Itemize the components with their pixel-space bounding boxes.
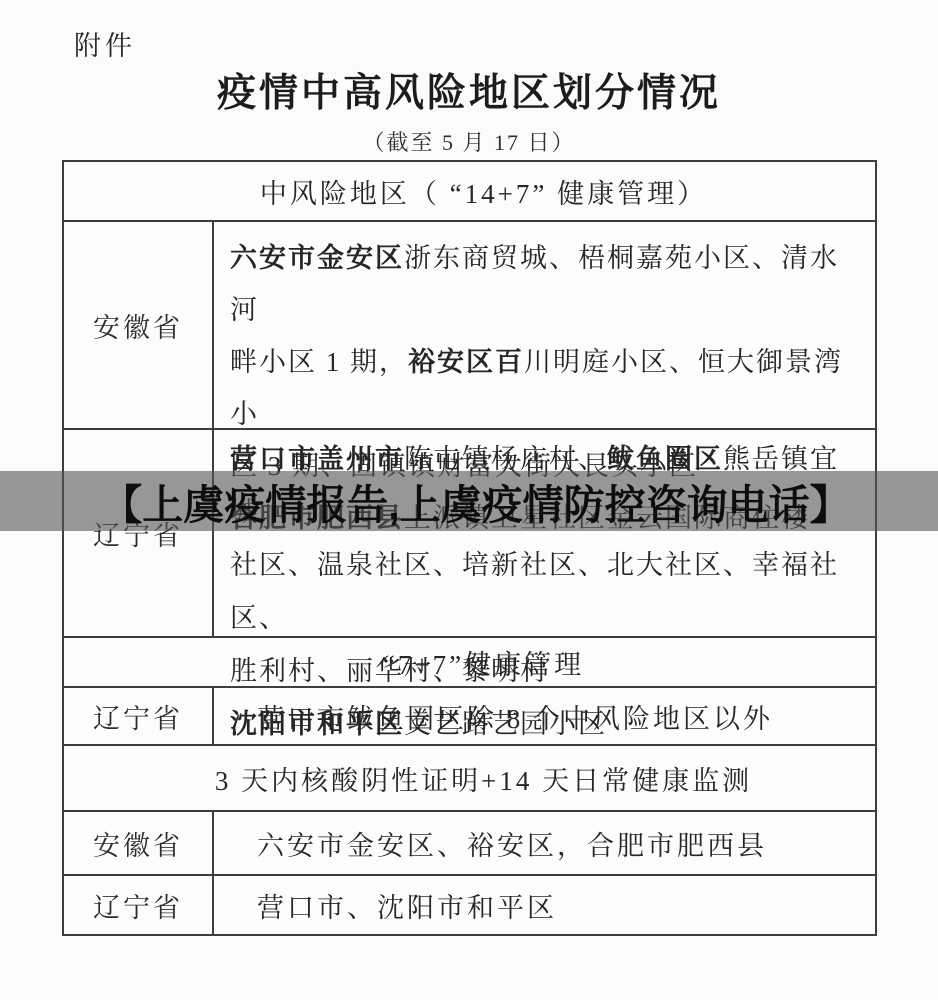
nucleic-acid-section-header: 3 天内核酸阴性证明+14 天日常健康监测 bbox=[64, 746, 875, 810]
area-line: 畔小区 1 期，裕安区百川明庭小区、恒大御景湾小 bbox=[230, 336, 865, 440]
table-row: 辽宁省 营口市、沈阳市和平区 bbox=[64, 876, 875, 934]
table-row: 中风险地区（ “14+7” 健康管理） bbox=[64, 162, 875, 222]
document-title: 疫情中高风险地区划分情况 bbox=[0, 62, 938, 118]
table-row: 安徽省 六安市金安区、裕安区，合肥市肥西县 bbox=[64, 812, 875, 876]
province-label-liaoning: 辽宁省 bbox=[64, 876, 214, 934]
watermark-overlay-banner: 【上虞疫情报告,上虞疫情防控咨询电话】 bbox=[0, 471, 938, 531]
liaoning-77-area: 营口市鲅鱼圈区除 8 个中风险地区以外 bbox=[214, 688, 875, 744]
document-page: 附件 疫情中高风险地区划分情况 （截至 5 月 17 日） 中风险地区（ “14… bbox=[0, 0, 938, 1000]
occluded-line: 社区、温泉社区、培新社区、北大社区、幸福社区、 bbox=[230, 539, 865, 645]
table-row: 3 天内核酸阴性证明+14 天日常健康监测 bbox=[64, 746, 875, 812]
attachment-label: 附件 bbox=[74, 24, 136, 63]
table-row: 辽宁省 营口市鲅鱼圈区除 8 个中风险地区以外 bbox=[64, 688, 875, 746]
province-label-liaoning: 辽宁省 bbox=[64, 688, 214, 744]
overlay-banner-text: 【上虞疫情报告,上虞疫情防控咨询电话】 bbox=[87, 472, 850, 531]
anhui-monitor-area: 六安市金安区、裕安区，合肥市肥西县 bbox=[214, 812, 875, 874]
province-label-liaoning: 辽宁省 bbox=[64, 430, 214, 636]
seven-plus-seven-section-header: “7+7”健康管理 bbox=[64, 638, 875, 686]
anhui-area-list: 六安市金安区浙东商贸城、梧桐嘉苑小区、清水河 畔小区 1 期，裕安区百川明庭小区… bbox=[214, 222, 875, 428]
province-label-anhui: 安徽省 bbox=[64, 812, 214, 874]
table-row: 辽宁省 营口市盖州市陈屯镇杨店村、鲅鱼圈区熊岳镇宜城 社区、温泉社区、培新社区、… bbox=[64, 430, 875, 638]
document-subtitle-date: （截至 5 月 17 日） bbox=[0, 126, 938, 157]
liaoning-area-list: 营口市盖州市陈屯镇杨店村、鲅鱼圈区熊岳镇宜城 社区、温泉社区、培新社区、北大社区… bbox=[214, 430, 875, 636]
province-label-anhui: 安徽省 bbox=[64, 222, 214, 428]
medium-risk-section-header: 中风险地区（ “14+7” 健康管理） bbox=[64, 162, 875, 220]
risk-area-table: 中风险地区（ “14+7” 健康管理） 安徽省 六安市金安区浙东商贸城、梧桐嘉苑… bbox=[62, 160, 877, 936]
liaoning-monitor-area: 营口市、沈阳市和平区 bbox=[214, 876, 875, 934]
area-line: 六安市金安区浙东商贸城、梧桐嘉苑小区、清水河 bbox=[230, 232, 865, 336]
table-row: “7+7”健康管理 bbox=[64, 638, 875, 688]
table-row: 安徽省 六安市金安区浙东商贸城、梧桐嘉苑小区、清水河 畔小区 1 期，裕安区百川… bbox=[64, 222, 875, 430]
